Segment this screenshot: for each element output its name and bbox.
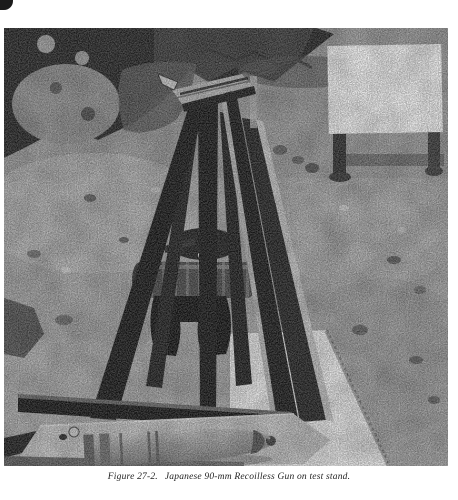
- photo-grain: [4, 28, 448, 466]
- figure-caption-text: Japanese 90-mm Recoilless Gun on test st…: [165, 472, 350, 482]
- figure-caption: Figure 27-2.Japanese 90-mm Recoilless Gu…: [0, 472, 458, 482]
- figure-caption-label: Figure 27-2.: [108, 472, 158, 482]
- page-corner-mark: [0, 0, 13, 10]
- document-page: Figure 27-2.Japanese 90-mm Recoilless Gu…: [0, 0, 458, 500]
- photo-japanese-recoilless-gun: [4, 28, 448, 466]
- photo-canvas: [4, 28, 448, 466]
